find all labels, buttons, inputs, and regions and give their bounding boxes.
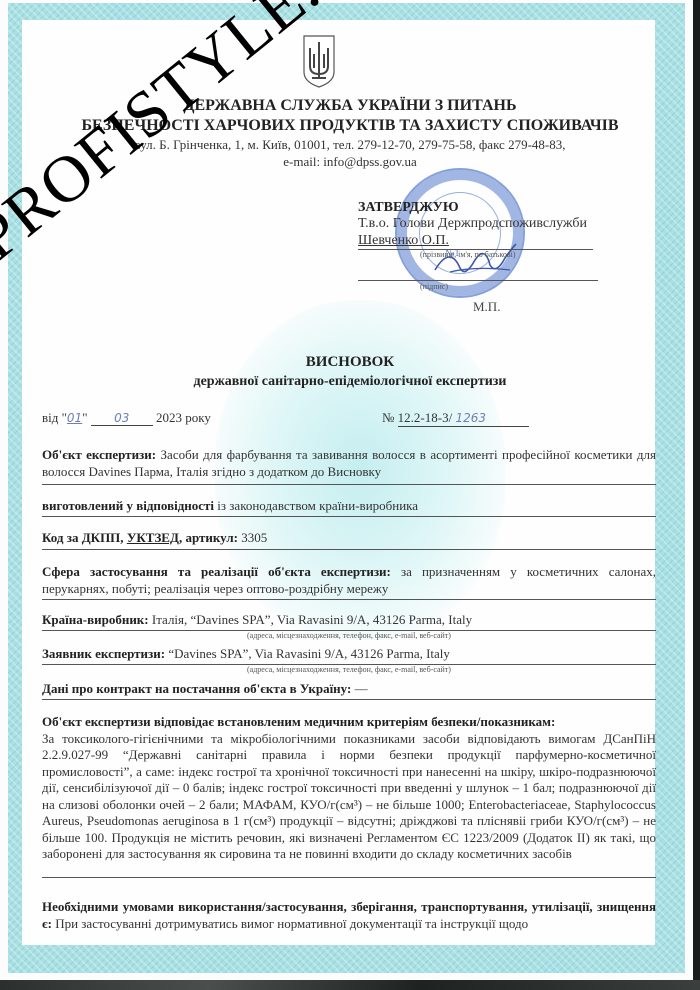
- document-subtitle: державної санітарно-епідеміологічної екс…: [0, 374, 700, 390]
- country-field: Країна-виробник: Італія, “Davines SPA”, …: [42, 612, 656, 629]
- applicant-field: Заявник експертизи: “Davines SPA”, Via R…: [42, 646, 656, 663]
- number-handwritten: 1263: [455, 411, 525, 425]
- signature-rule: [358, 280, 598, 281]
- contract-field: Дані про контракт на постачання об'єкта …: [42, 681, 656, 698]
- rule: [42, 877, 656, 878]
- rule: [42, 484, 656, 485]
- document-title: ВИСНОВОК: [0, 354, 700, 371]
- criteria-field: Об'єкт експертизи відповідає встановлени…: [42, 714, 656, 863]
- rule: [42, 516, 656, 517]
- approver-role: Т.в.о. Голови Держпродспоживслужби: [358, 216, 587, 232]
- approval-heading: ЗАТВЕРДЖУЮ: [358, 200, 459, 216]
- document-date: від "01" 03 2023 року: [42, 410, 211, 426]
- applicant-hint: (адреса, місцезнаходження, телефон, факс…: [42, 665, 656, 674]
- conditions-field: Необхідними умовами використання/застосу…: [42, 899, 656, 932]
- document-number: № 12.2-18-3/ 1263: [382, 410, 529, 427]
- name-caption: (прізвище, ім'я, по батькові): [420, 250, 516, 259]
- object-field: Об'єкт експертизи: Засоби для фарбування…: [42, 447, 656, 480]
- rule: [42, 699, 656, 700]
- number-printed: 12.2-18-3/: [398, 410, 453, 425]
- date-month: 03: [91, 411, 153, 426]
- date-day: 01: [67, 411, 82, 425]
- seal-label: М.П.: [473, 299, 500, 315]
- country-hint: (адреса, місцезнаходження, телефон, факс…: [42, 631, 656, 640]
- rule: [42, 599, 656, 600]
- date-year: 2023 року: [156, 410, 211, 425]
- rule: [42, 549, 656, 550]
- scan-edge-right: [693, 0, 700, 990]
- scan-edge-bottom: [0, 980, 700, 990]
- signature-caption: (підпис): [420, 282, 448, 291]
- scope-field: Сфера застосування та реалізації об'єкта…: [42, 564, 656, 597]
- ukraine-trident-icon: [302, 34, 336, 89]
- approver-name: Шевченко О.П.: [358, 233, 449, 249]
- code-field: Код за ДКПП, УКТЗЕД, артикул: 3305: [42, 530, 656, 547]
- manufactured-field: виготовлений у відповідності із законода…: [42, 498, 656, 515]
